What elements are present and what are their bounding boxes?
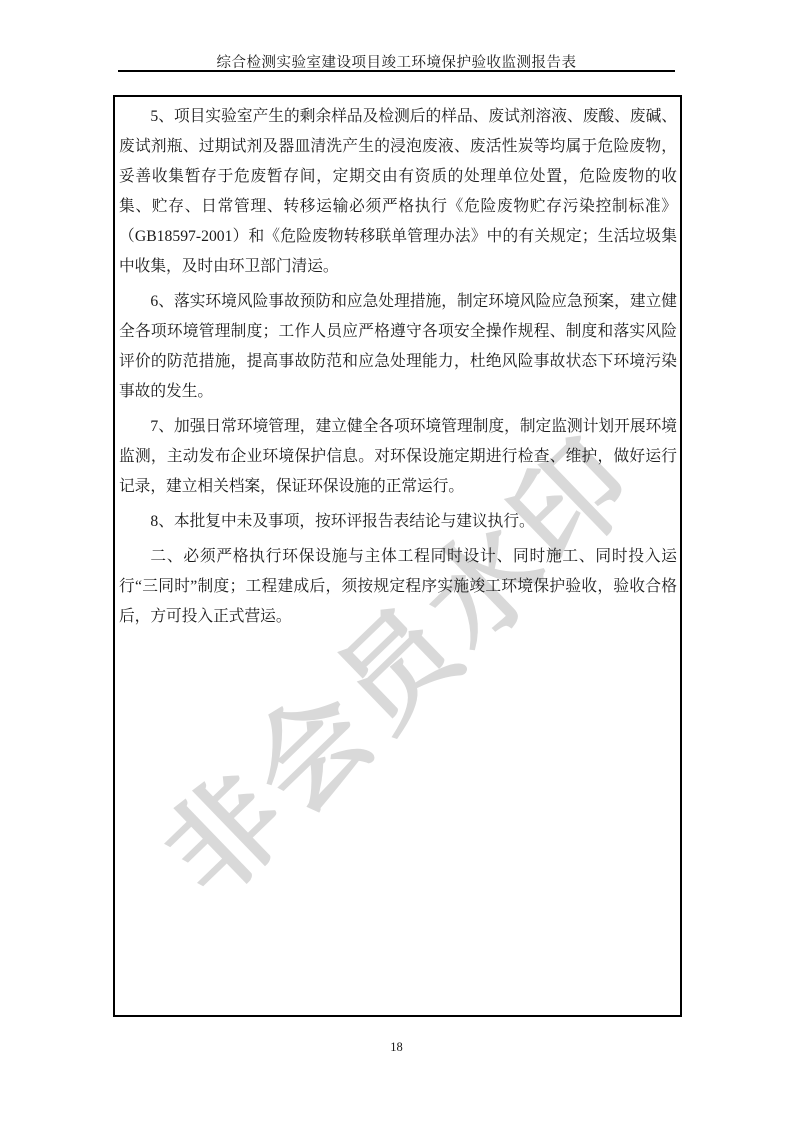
page-header-title: 综合检测实验室建设项目竣工环境保护验收监测报告表 [0,51,793,72]
paragraph-item-7: 7、加强日常环境管理，建立健全各项环境管理制度，制定监测计划开展环境监测，主动发… [119,412,677,502]
paragraph-item-two: 二、必须严格执行环保设施与主体工程同时设计、同时施工、同时投入运行“三同时”制度… [119,542,677,632]
paragraph-item-6: 6、落实环境风险事故预防和应急处理措施，制定环境风险应急预案，建立健全各项环境管… [119,287,677,407]
header-underline [118,70,675,72]
content-box: 5、项目实验室产生的剩余样品及检测后的样品、废试剂溶液、废酸、废碱、废试剂瓶、过… [113,95,682,1017]
document-page: 综合检测实验室建设项目竣工环境保护验收监测报告表 非会员水印 5、项目实验室产生… [0,0,793,1122]
paragraph-item-8: 8、本批复中未及事项，按环评报告表结论与建议执行。 [119,507,677,537]
page-number: 18 [0,1040,793,1055]
paragraph-item-5: 5、项目实验室产生的剩余样品及检测后的样品、废试剂溶液、废酸、废碱、废试剂瓶、过… [119,102,677,282]
